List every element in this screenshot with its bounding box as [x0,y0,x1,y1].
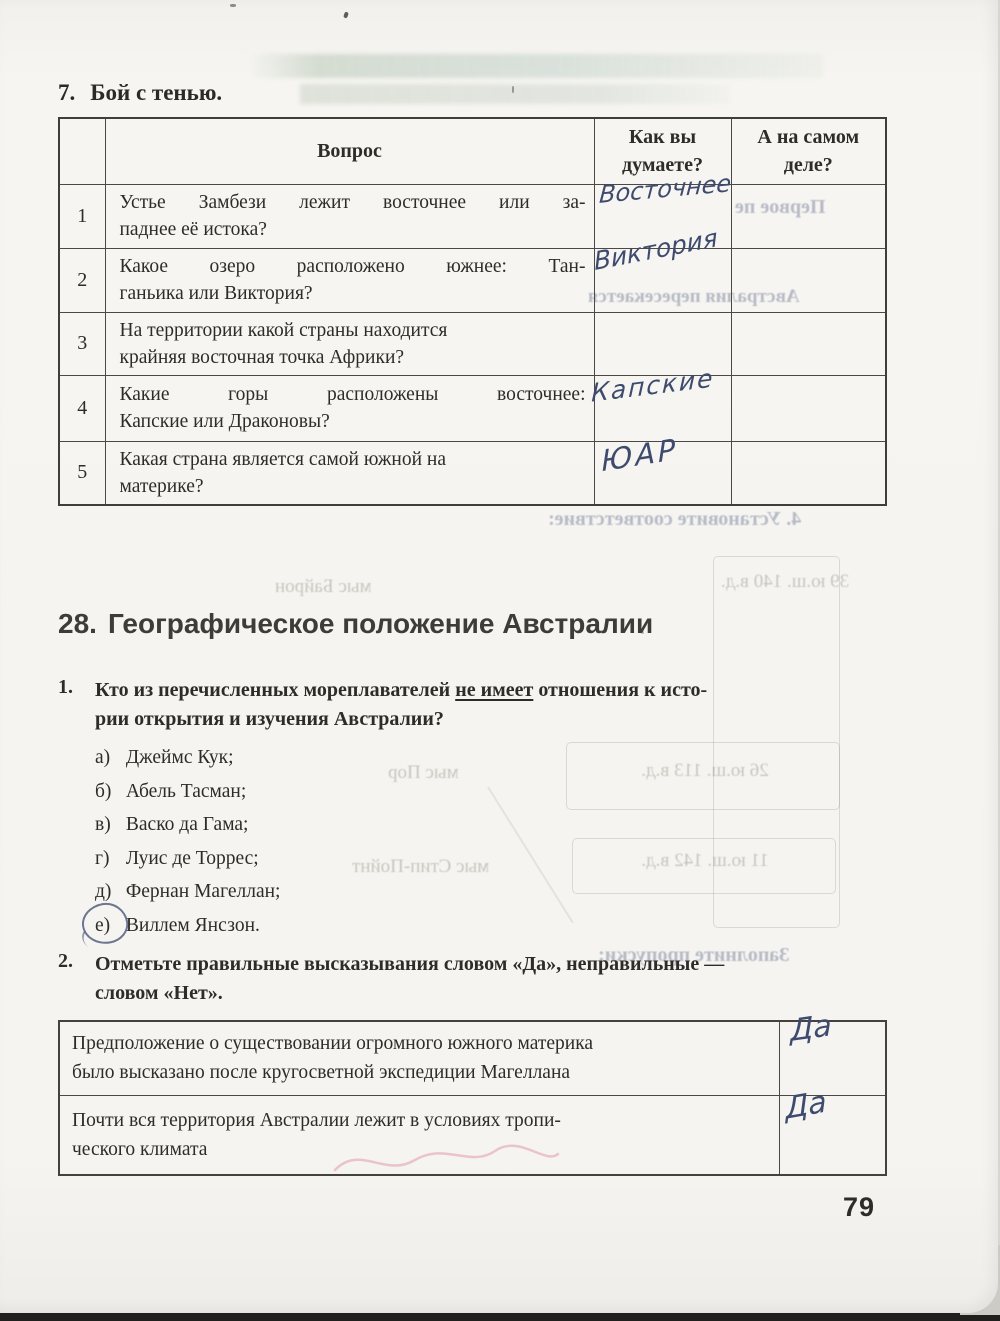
statement-cell: Почти вся территория Австралии лежит в у… [59,1095,779,1175]
bleedthrough-text: мыс Стип-Пойнт [352,856,489,878]
bleedthrough-text: мыс Пор [388,762,459,784]
reality-answer-cell [731,248,886,312]
bleedthrough-text: 26 ю.ш. 113 в.д. [580,760,830,782]
bleedthrough-text: 39 ю.ш. 140 в.д. [705,571,865,593]
workbook-page: Первое пеАвстралия пересекается4. Устано… [0,0,998,1313]
table-header-row: Вопрос Как вы думаете? А на самом деле? [59,118,886,184]
option-v: в) Васко да Гама; [95,808,280,842]
question-1-text: Кто из перечисленных мореплавателей не и… [95,676,895,734]
scan-speck [512,86,514,93]
question-2: 2. Отметьте правильные высказывания слов… [58,950,895,1008]
section28-heading: 28. Географическое положение Австралии [58,608,653,640]
question-cell: Какое озеро расположено южнее: Тан- гань… [105,248,594,312]
reality-answer-cell [731,375,886,441]
question-1: 1. Кто из перечисленных мореплавателей н… [58,676,895,734]
bleedthrough-text: 11 ю.ш. 142 в.д. [585,850,825,872]
table-row: 1 Устье Замбези лежит восточнее или за- … [59,184,886,248]
page-number: 79 [843,1192,875,1223]
option-e-selected: е) Виллем Янсзон. [95,909,280,943]
reality-answer-cell [731,441,886,505]
task7-number: 7. [58,80,75,106]
task7-heading: 7. Бой с тенью. [58,80,222,106]
think-answer-cell: Капские [594,375,731,441]
scan-speck [230,4,236,7]
ink-circle-mark: е) [95,909,121,943]
question-cell: Какие горы расположены восточнее: Капски… [105,375,594,441]
page-crease [487,786,573,923]
row-number: 1 [59,184,105,248]
question-column-header: Вопрос [105,118,594,184]
reality-column-header: А на самом деле? [731,118,886,184]
think-answer-cell: ЮАР [594,441,731,505]
table-row: 5 Какая страна является самой южной на м… [59,441,886,505]
bleedthrough-highlight-band [248,54,823,78]
handwritten-answer: Да [784,1087,827,1123]
task7-title: Бой с тенью. [90,80,222,106]
shadow-boxing-table: Вопрос Как вы думаете? А на самом деле? … [58,117,887,506]
yes-no-table: Предположение о существовании огромного … [58,1020,887,1176]
bleedthrough-box [572,838,836,894]
handwritten-answer: Да [789,1011,831,1046]
row-number: 3 [59,312,105,375]
handwritten-answer: ЮАР [601,435,679,474]
reality-answer-cell [731,184,886,248]
underlined-phrase: не имеет [455,679,533,701]
question-cell: Какая страна является самой южной на мат… [105,441,594,505]
question-cell: На территории какой страны находится кра… [105,312,594,375]
option-b: б) Абель Тасман; [95,775,280,809]
question-2-number: 2. [58,950,95,1008]
table-row: 3 На территории какой страны находится к… [59,312,886,375]
row-number: 2 [59,248,105,312]
question-cell: Устье Замбези лежит восточнее или за- па… [105,184,594,248]
row-number: 4 [59,375,105,441]
row-number: 5 [59,441,105,505]
question-1-number: 1. [58,676,95,734]
option-a: а) Джеймс Кук; [95,741,280,775]
bleedthrough-box [566,742,840,810]
table-row: 2 Какое озеро расположено южнее: Тан- га… [59,248,886,312]
bleedthrough-text: 4. Установите соответствие: [548,508,801,531]
question-1-options: а) Джеймс Кук; б) Абель Тасман; в) Васко… [95,741,280,942]
statement-row: Почти вся территория Австралии лежит в у… [59,1095,886,1175]
scan-edge-bottom [0,1312,1000,1321]
option-g: г) Луис де Торрес; [95,842,280,876]
reality-answer-cell [731,312,886,375]
option-d: д) Фернан Магеллан; [95,875,280,909]
statement-cell: Предположение о существовании огромного … [59,1021,779,1095]
corner-cell [59,118,105,184]
bleedthrough-highlight-band [300,84,730,104]
bleedthrough-box [713,556,840,928]
think-answer-cell: Виктория [594,248,731,312]
scan-speck [343,11,349,18]
section28-number: 28. [58,608,97,640]
table-row: 4 Какие горы расположены восточнее: Капс… [59,375,886,441]
section28-title: Географическое положение Австралии [108,608,653,640]
yes-no-answer-cell: Да [779,1021,886,1095]
question-2-text: Отметьте правильные высказывания словом … [95,950,895,1008]
bleedthrough-text: мыс Байрон [275,576,372,598]
statement-row: Предположение о существовании огромного … [59,1021,886,1095]
yes-no-answer-cell: Да [779,1095,886,1175]
